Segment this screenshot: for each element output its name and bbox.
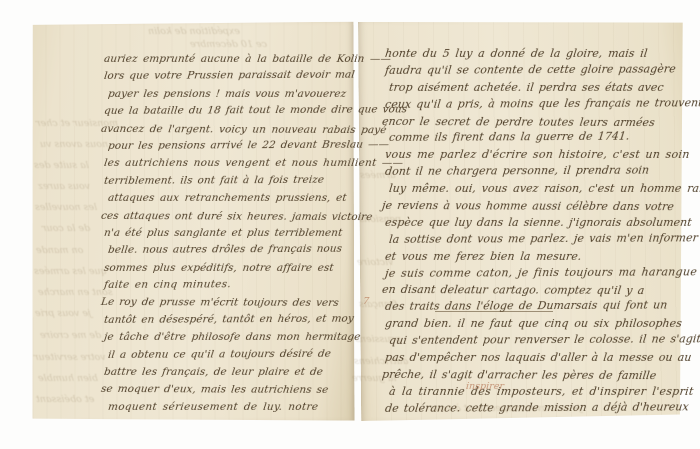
manuscript-line: je tâche d'être philosofe dans mon hermi… <box>103 329 355 346</box>
manuscript-line: attaques aux retranchements prussiens, e… <box>107 190 355 207</box>
manuscript-line: des traits dans l'éloge de Dumarsais qui… <box>384 298 681 316</box>
manuscript-line: il a obtenu ce qu'il a toujours désiré d… <box>107 345 355 364</box>
manuscript-line: comme ils firent dans la guerre de 1741. <box>388 129 681 147</box>
manuscript-line: honte du 5 luy a donné de la gloire, mai… <box>384 46 681 63</box>
manuscript-line: à la tirannie des imposteurs, et d'inspi… <box>388 384 681 401</box>
manuscript-line: payer les pensions ! mais vous m'avouere… <box>107 86 355 103</box>
manuscript-line: et vous me ferez bien la mesure. <box>384 249 681 266</box>
manuscript-line: n'a été plus sanglante et plus terriblem… <box>103 225 355 242</box>
manuscript-line: la sottise dont vous me parlez. je vais … <box>388 230 681 248</box>
manuscript-line: prêche, il s'agit d'arracher les pères d… <box>381 367 681 385</box>
manuscript-line: se moquer d'eux, mais les autrichiens se <box>100 381 355 399</box>
manuscript-line: terriblement. ils ont fait à la fois tre… <box>103 171 355 190</box>
manuscript-line: faite en cinq minutes. <box>103 276 355 295</box>
manuscript-line: ceux qu'il a pris, à moins que les franç… <box>384 95 681 113</box>
manuscript-line: pour les pensions arrivé le 22 devant Br… <box>107 137 355 156</box>
manuscript-line: espèce que luy dans la sienne. j'ignorai… <box>384 215 681 232</box>
manuscript-line: les autrichiens nous vengent et nous hum… <box>103 155 355 172</box>
manuscript-line: pas d'empêcher nos laquais d'aller à la … <box>384 350 681 367</box>
manuscript-photo: auriez emprunté aucune à la bataille de … <box>0 0 700 449</box>
manuscript-line: faudra qu'il se contente de cette gloire… <box>384 61 681 79</box>
manuscript-line: que la bataille du 18 fait tout le monde… <box>103 102 355 121</box>
left-page-text: auriez emprunté aucune à la bataille de … <box>104 51 354 416</box>
manuscript-line: tantôt en désespéré, tantôt en héros, et… <box>103 311 355 330</box>
manuscript-line: moquent sérieusement de luy. notre <box>107 399 355 416</box>
right-page-text: honte du 5 luy a donné de la gloire, mai… <box>385 46 680 418</box>
manuscript-line: belle. nous autres drôles de français no… <box>107 241 355 260</box>
manuscript-line: battre les français, de leur plaire et d… <box>103 364 355 381</box>
manuscript-line: grand bien. il ne faut que cinq ou six p… <box>384 316 681 333</box>
manuscript-line: sommes plus expéditifs, notre affaire es… <box>103 260 355 277</box>
manuscript-line: je suis comme caton, je finis toujours m… <box>384 264 681 282</box>
manuscript-line: je reviens à vous homme aussi célèbre da… <box>381 198 681 216</box>
manuscript-line: de tolérance. cette grande mission a déj… <box>384 399 681 417</box>
manuscript-line: luy même. oui, vous avez raison, c'est u… <box>388 181 681 198</box>
underline-stroke <box>435 311 553 312</box>
manuscript-line: dont il ne chargera personne, il prendra… <box>384 163 681 181</box>
manuscript-line: trop aisément achetée. il perdra ses éta… <box>388 80 681 97</box>
manuscript-line: ces attaques ont duré six heures. jamais… <box>100 208 355 226</box>
manuscript-line: lors que votre Prussien paraissait devoi… <box>103 67 355 86</box>
manuscript-line: qui s'entendent pour renverser le coloss… <box>388 332 681 350</box>
manuscript-line: auriez emprunté aucune à la bataille de … <box>103 51 355 68</box>
